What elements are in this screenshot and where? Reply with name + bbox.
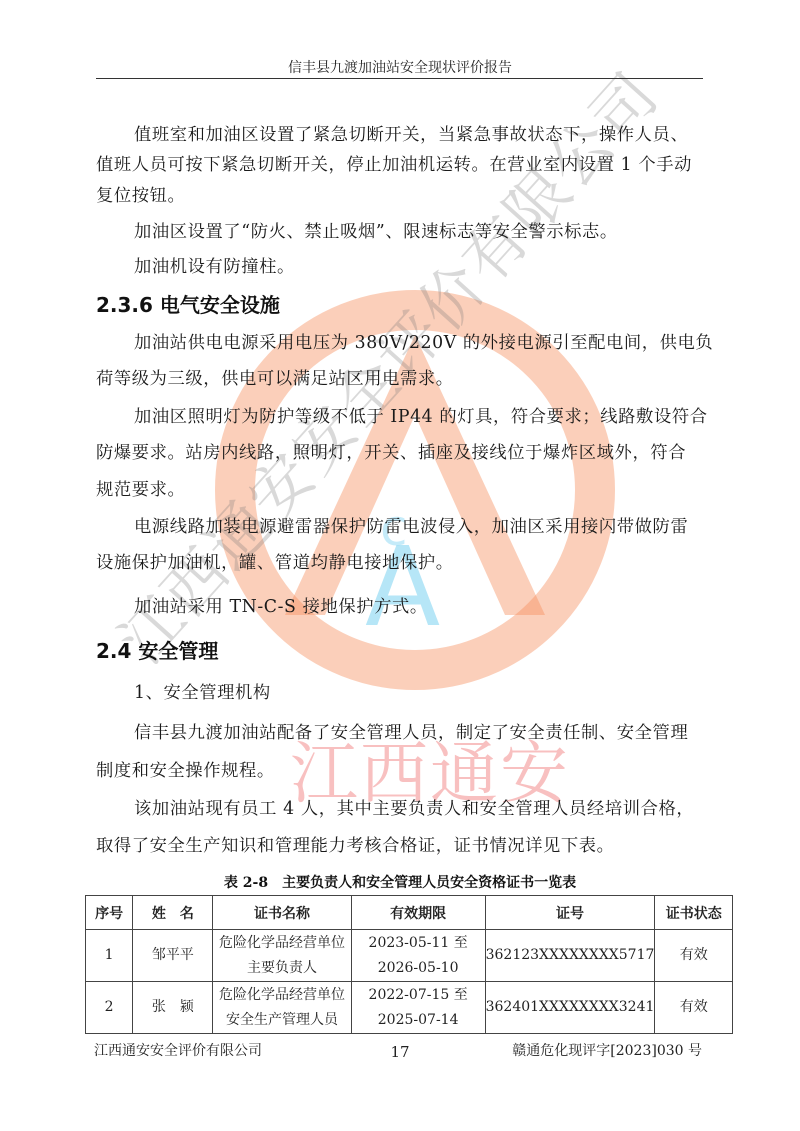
- running-header-title: 信丰县九渡加油站安全现状评价报告: [0, 57, 800, 77]
- paragraph-line: 加油站采用 TN-C-S 接地保护方式。: [134, 592, 428, 617]
- validity-line: 2026-05-10: [352, 956, 485, 981]
- document-page: A c 江西通安 江西通安安全评价有限公司 信丰县九渡加油站安全现状评价报告 值…: [0, 0, 800, 1131]
- validity-line: 2025-07-14: [352, 1008, 485, 1033]
- table-row: 1 邹平平 危险化学品经营单位 主要负责人 2023-05-11 至 2026-…: [86, 930, 733, 982]
- cell-name: 张 颍: [133, 982, 213, 1034]
- cert-name-line: 危险化学品经营单位: [213, 931, 350, 956]
- validity-line: 2023-05-11 至: [352, 931, 485, 956]
- cell-validity: 2023-05-11 至 2026-05-10: [351, 930, 485, 982]
- column-header-status: 证书状态: [655, 896, 733, 930]
- paragraph-line: 加油机设有防撞柱。: [134, 252, 295, 277]
- cert-name-line: 安全生产管理人员: [213, 1008, 350, 1033]
- paragraph-line: 复位按钮。: [96, 181, 185, 206]
- cell-cert-no: 362123XXXXXXXX5717: [485, 930, 655, 982]
- table-caption: 表 2-8 主要负责人和安全管理人员安全资格证书一览表: [0, 872, 800, 892]
- paragraph-line: 值班室和加油区设置了紧急切断开关，当紧急事故状态下，操作人员、: [134, 120, 688, 145]
- paragraph-line: 加油区照明灯为防护等级不低于 IP44 的灯具，符合要求；线路敷设符合: [134, 402, 708, 427]
- cell-status: 有效: [655, 930, 733, 982]
- subsection-label: 1、安全管理机构: [134, 678, 271, 703]
- paragraph-line: 该加油站现有员工 4 人，其中主要负责人和安全管理人员经培训合格，: [134, 794, 694, 819]
- paragraph-line: 电源线路加装电源避雷器保护防雷电波侵入，加油区采用接闪带做防雷: [134, 512, 688, 537]
- column-header-no: 序号: [86, 896, 133, 930]
- paragraph-line: 加油站供电电源采用电压为 380V/220V 的外接电源引至配电间，供电负: [134, 328, 713, 353]
- paragraph-line: 值班人员可按下紧急切断开关，停止加油机运转。在营业室内设置 1 个手动: [96, 150, 692, 175]
- cell-cert-no: 362401XXXXXXXX3241: [485, 982, 655, 1034]
- cert-name-line: 危险化学品经营单位: [213, 983, 350, 1008]
- cell-cert-name: 危险化学品经营单位 主要负责人: [213, 930, 351, 982]
- paragraph-line: 设施保护加油机，罐、管道均静电接地保护。: [96, 548, 454, 573]
- footer-doc-number: 赣通危化现评字[2023]030 号: [512, 1040, 702, 1060]
- cell-name: 邹平平: [133, 930, 213, 982]
- column-header-name: 姓 名: [133, 896, 213, 930]
- paragraph-line: 规范要求。: [96, 475, 185, 500]
- paragraph-line: 加油区设置了“防火、禁止吸烟”、限速标志等安全警示标志。: [134, 217, 618, 242]
- column-header-cert-no: 证号: [485, 896, 655, 930]
- paragraph-line: 取得了安全生产知识和管理能力考核合格证，证书情况详见下表。: [96, 831, 615, 856]
- table-header-row: 序号 姓 名 证书名称 有效期限 证号 证书状态: [86, 896, 733, 930]
- cell-no: 1: [86, 930, 133, 982]
- svg-text:A: A: [365, 523, 440, 651]
- validity-line: 2022-07-15 至: [352, 983, 485, 1008]
- section-heading-2-3-6: 2.3.6 电气安全设施: [96, 289, 280, 318]
- paragraph-line: 信丰县九渡加油站配备了安全管理人员，制定了安全责任制、安全管理: [134, 718, 688, 743]
- paragraph-line: 制度和安全操作规程。: [96, 756, 275, 781]
- cell-validity: 2022-07-15 至 2025-07-14: [351, 982, 485, 1034]
- cell-cert-name: 危险化学品经营单位 安全生产管理人员: [213, 982, 351, 1034]
- certificate-table: 序号 姓 名 证书名称 有效期限 证号 证书状态 1 邹平平 危险化学品经营单位…: [85, 895, 733, 1034]
- table-row: 2 张 颍 危险化学品经营单位 安全生产管理人员 2022-07-15 至 20…: [86, 982, 733, 1034]
- column-header-validity: 有效期限: [351, 896, 485, 930]
- paragraph-line: 荷等级为三级，供电可以满足站区用电需求。: [96, 364, 454, 389]
- cell-status: 有效: [655, 982, 733, 1034]
- header-rule: [96, 78, 703, 79]
- section-heading-2-4: 2.4 安全管理: [96, 635, 218, 664]
- column-header-cert-name: 证书名称: [213, 896, 351, 930]
- cert-name-line: 主要负责人: [213, 956, 350, 981]
- paragraph-line: 防爆要求。站房内线路，照明灯，开关、插座及接线位于爆炸区域外，符合: [96, 438, 686, 463]
- cell-no: 2: [86, 982, 133, 1034]
